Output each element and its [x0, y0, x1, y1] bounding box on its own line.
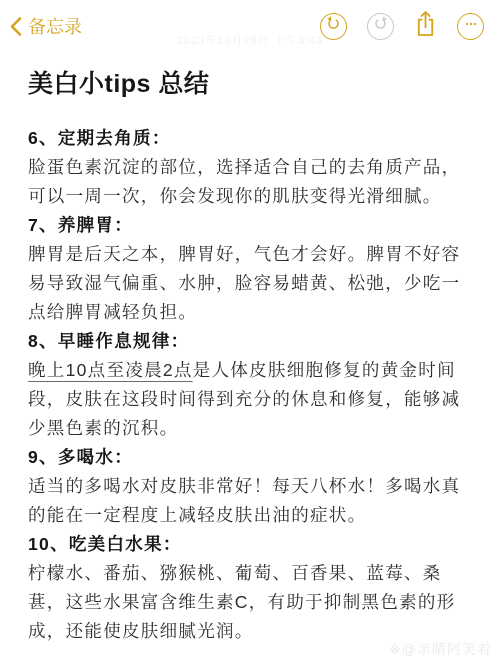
share-icon	[414, 9, 437, 43]
note-editor[interactable]: 美白小tips 总结 6、定期去角质： 脸蛋色素沉淀的部位，选择适合自己的去角质…	[0, 64, 500, 646]
redo-button[interactable]	[367, 13, 394, 40]
section-heading: 7、养脾胃：	[28, 211, 472, 240]
note-section: 7、养脾胃： 脾胃是后天之本，脾胃好，气色才会好。脾胃不好容易导致湿气偏重、水肿…	[28, 211, 472, 327]
share-button[interactable]	[414, 9, 437, 43]
body-text: 适当的多喝水对皮肤非常好！每天八杯水！多喝水真的能在一定程度上减轻皮肤出油的症状…	[28, 476, 460, 525]
section-body: 晚上10点至凌晨2点是人体皮肤细胞修复的黄金时间段，皮肤在这段时间得到充分的休息…	[28, 356, 472, 443]
undo-button[interactable]	[320, 13, 347, 40]
body-text: 脸蛋色素沉淀的部位，选择适合自己的去角质产品，可以一周一次，你会发现你的肌肤变得…	[28, 157, 460, 206]
ellipsis-icon	[463, 16, 479, 37]
back-button[interactable]: 备忘录	[10, 13, 82, 39]
nav-actions	[320, 9, 484, 43]
back-chevron-icon	[10, 17, 22, 36]
note-section: 10、吃美白水果： 柠檬水、番茄、猕猴桃、葡萄、百香果、蓝莓、桑葚，这些水果富含…	[28, 530, 472, 646]
back-label: 备忘录	[28, 13, 82, 39]
section-heading: 8、早睡作息规律：	[28, 327, 472, 356]
body-text: 脾胃是后天之本，脾胃好，气色才会好。脾胃不好容易导致湿气偏重、水肿，脸容易蜡黄、…	[28, 244, 460, 322]
section-body: 脾胃是后天之本，脾胃好，气色才会好。脾胃不好容易导致湿气偏重、水肿，脸容易蜡黄、…	[28, 240, 472, 327]
note-title: 美白小tips 总结	[28, 64, 472, 100]
nav-bar: 备忘录	[0, 0, 500, 42]
note-section: 8、早睡作息规律： 晚上10点至凌晨2点是人体皮肤细胞修复的黄金时间段，皮肤在这…	[28, 327, 472, 443]
section-body: 脸蛋色素沉淀的部位，选择适合自己的去角质产品，可以一周一次，你会发现你的肌肤变得…	[28, 153, 472, 211]
note-section: 6、定期去角质： 脸蛋色素沉淀的部位，选择适合自己的去角质产品，可以一周一次，你…	[28, 124, 472, 211]
section-body: 柠檬水、番茄、猕猴桃、葡萄、百香果、蓝莓、桑葚，这些水果富含维生素C，有助于抑制…	[28, 559, 472, 646]
underlined-text: 晚上10点至凌晨2点	[28, 360, 193, 380]
more-button[interactable]	[457, 13, 484, 40]
section-heading: 6、定期去角质：	[28, 124, 472, 153]
body-text: 柠檬水、番茄、猕猴桃、葡萄、百香果、蓝莓、桑葚，这些水果富含维生素C，有助于抑制…	[28, 563, 456, 641]
section-body: 适当的多喝水对皮肤非常好！每天八杯水！多喝水真的能在一定程度上减轻皮肤出油的症状…	[28, 472, 472, 530]
note-section: 9、多喝水： 适当的多喝水对皮肤非常好！每天八杯水！多喝水真的能在一定程度上减轻…	[28, 443, 472, 530]
undo-icon	[326, 16, 341, 36]
section-heading: 10、吃美白水果：	[28, 530, 472, 559]
section-heading: 9、多喝水：	[28, 443, 472, 472]
redo-icon	[373, 16, 388, 36]
note-content: 6、定期去角质： 脸蛋色素沉淀的部位，选择适合自己的去角质产品，可以一周一次，你…	[28, 124, 472, 646]
